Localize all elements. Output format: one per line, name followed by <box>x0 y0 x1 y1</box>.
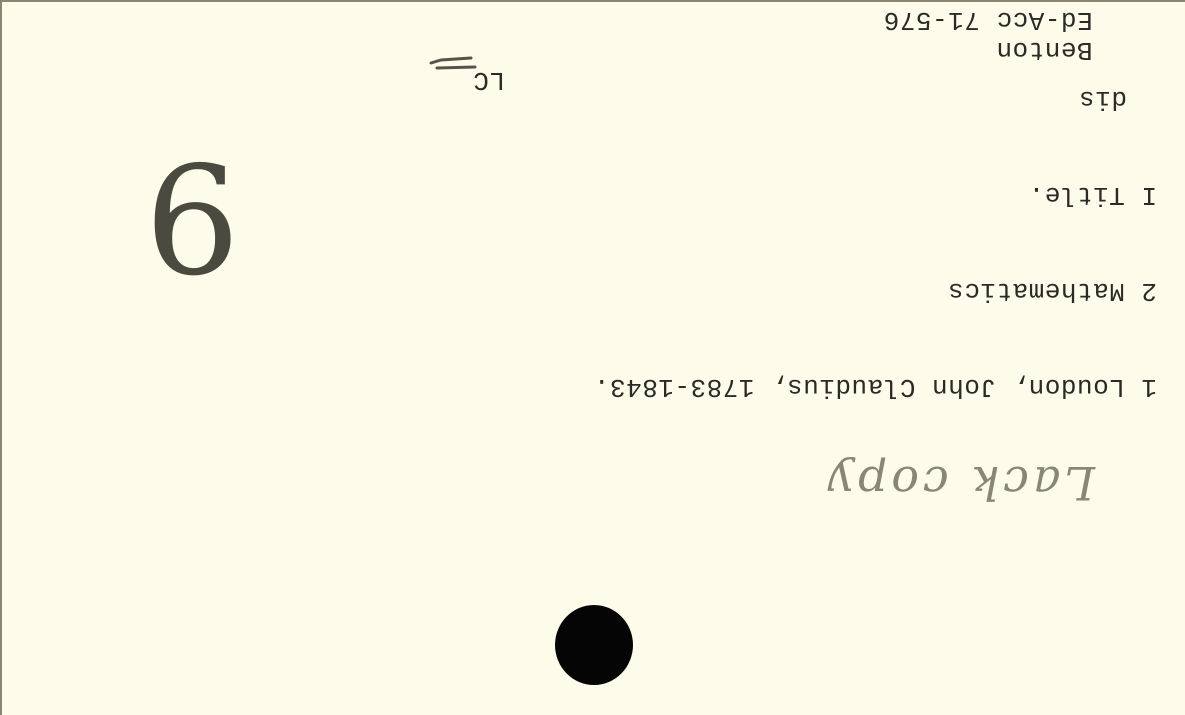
tracing-suffix: dis <box>593 83 1157 115</box>
handwritten-number: 9 <box>145 140 240 290</box>
catalog-card: Benton Ed-Acc 71-576 LC Lack copy 1 Loud… <box>0 0 1185 715</box>
lc-label: LC <box>473 65 505 95</box>
tracings: 1 Loudon, John Claudius, 1783-1843. 2 Ma… <box>593 19 1157 467</box>
tracing-author: 1 Loudon, John Claudius, 1783-1843. <box>593 371 1157 403</box>
tracing-title: I Title. <box>593 179 1157 211</box>
handwritten-dash-mark-icon <box>429 51 477 75</box>
punch-hole-icon <box>555 605 633 685</box>
tracing-subject: 2 Mathematics <box>593 275 1157 307</box>
